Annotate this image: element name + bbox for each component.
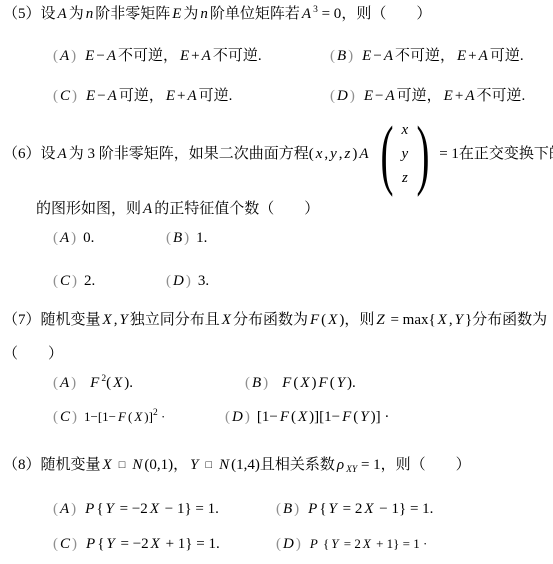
- question-5-option-d: (D) E−A可逆，E+A不可逆.: [330, 87, 525, 105]
- option-label: (D): [276, 535, 301, 553]
- question-8-option-d: (D) P {Y = 2X + 1} = 1 ·: [276, 535, 427, 553]
- question-5-option-b: (B) E−A不可逆，E+A可逆.: [330, 47, 524, 65]
- vector-entries: xyz: [400, 118, 411, 190]
- column-vector: (xyz): [374, 117, 437, 191]
- option-text: 2.: [84, 272, 95, 290]
- question-6-options-row-1: (A) 0. (B) 1.: [53, 229, 207, 247]
- option-text: F2(X).: [88, 374, 133, 392]
- question-7-options-row-2: (C) 1−[1−F(X)]2 · (D) [1−F(X)][1−F(Y)] ·: [53, 408, 389, 426]
- option-text: E−A可逆，E+A可逆.: [84, 87, 232, 105]
- option-text: E−A不可逆，E+A可逆.: [360, 47, 523, 65]
- option-label: (D): [330, 87, 355, 105]
- option-text: P{Y = −2X − 1} = 1.: [83, 500, 219, 518]
- question-7-options-row-1: (A) F2(X). (B) F(X)F(Y).: [53, 374, 356, 392]
- option-label: (C): [53, 272, 77, 290]
- option-label: (C): [53, 87, 77, 105]
- option-label: (B): [276, 500, 299, 518]
- big-left-paren: (: [380, 117, 393, 191]
- question-7-option-c: (C) 1−[1−F(X)]2 ·: [53, 408, 225, 426]
- question-8-option-c: (C) P{Y = −2X + 1} = 1.: [53, 535, 276, 553]
- option-label: (A): [53, 229, 76, 247]
- question-5-option-c: (C) E−A可逆，E+A可逆.: [53, 87, 330, 105]
- option-label: (C): [53, 408, 77, 426]
- option-label: (A): [53, 500, 76, 518]
- question-7-stem: （7）随机变量X,Y独立同分布且X分布函数为F(X)，则Z = max{X,Y}…: [3, 311, 547, 329]
- option-text: E−A可逆，E+A不可逆.: [362, 87, 525, 105]
- option-text: E−A不可逆，E+A不可逆.: [83, 47, 261, 65]
- vector-entry: z: [402, 166, 408, 190]
- question-6-stem: （6）设A为 3 阶非零矩阵，如果二次曲面方程(x,y,z)A(xyz)= 1在…: [3, 110, 553, 198]
- option-label: (B): [245, 374, 268, 392]
- question-5-option-a: (A) E−A不可逆，E+A不可逆.: [53, 47, 330, 65]
- option-label: (C): [53, 535, 77, 553]
- question-8-options-row-1: (A) P{Y = −2X − 1} = 1. (B) P{Y = 2X − 1…: [53, 500, 433, 518]
- option-label: (A): [53, 47, 76, 65]
- question-6-option-b: (B) 1.: [166, 229, 207, 247]
- question-7-option-d: (D) [1−F(X)][1−F(Y)] ·: [225, 408, 389, 426]
- question-5-options-row-2: (C) E−A可逆，E+A可逆. (D) E−A可逆，E+A不可逆.: [53, 87, 525, 105]
- question-8-options-row-2: (C) P{Y = −2X + 1} = 1. (D) P {Y = 2X + …: [53, 535, 427, 553]
- option-label: (D): [166, 272, 191, 290]
- question-6-option-d: (D) 3.: [166, 272, 209, 290]
- option-text: P{Y = 2X − 1} = 1.: [306, 500, 433, 518]
- question-6-option-a: (A) 0.: [53, 229, 166, 247]
- exam-document-page: { "colors": {"background":"#ffffff","tex…: [0, 0, 553, 564]
- big-right-paren: ): [417, 117, 430, 191]
- option-label: (B): [166, 229, 189, 247]
- option-text: 1.: [196, 229, 207, 247]
- question-7-answer-blank: （ ）: [3, 345, 63, 363]
- option-text: 0.: [83, 229, 94, 247]
- question-6-option-c: (C) 2.: [53, 272, 166, 290]
- question-7-option-a: (A) F2(X).: [53, 374, 245, 392]
- option-text: [1−F(X)][1−F(Y)] ·: [257, 408, 390, 426]
- option-text: P {Y = 2X + 1} = 1 ·: [308, 536, 427, 552]
- option-label: (A): [53, 374, 76, 392]
- option-text: F(X)F(Y).: [280, 374, 356, 392]
- question-8-stem: （8）随机变量X□N(0,1)，Y□N(1,4)且相关系数ρXY = 1，则（ …: [3, 456, 471, 476]
- option-label: (D): [225, 408, 250, 426]
- question-8-option-b: (B) P{Y = 2X − 1} = 1.: [276, 500, 433, 518]
- vector-entry: y: [402, 142, 409, 166]
- question-8-option-a: (A) P{Y = −2X − 1} = 1.: [53, 500, 276, 518]
- option-text: 3.: [198, 272, 209, 290]
- option-text: P{Y = −2X + 1} = 1.: [84, 535, 220, 553]
- question-6-options-row-2: (C) 2. (D) 3.: [53, 272, 209, 290]
- option-text: 1−[1−F(X)]2 ·: [84, 408, 165, 425]
- question-5-stem: （5）设A为n阶非零矩阵E为n阶单位矩阵若A3 = 0，则（ ）: [3, 5, 431, 23]
- question-5-options-row-1: (A) E−A不可逆，E+A不可逆. (B) E−A不可逆，E+A可逆.: [53, 47, 524, 65]
- vector-entry: x: [402, 118, 409, 142]
- question-7-option-b: (B) F(X)F(Y).: [245, 374, 356, 392]
- question-6-stem-line-2: 的图形如图，则A的正特征值个数（ ）: [36, 200, 319, 218]
- option-label: (B): [330, 47, 353, 65]
